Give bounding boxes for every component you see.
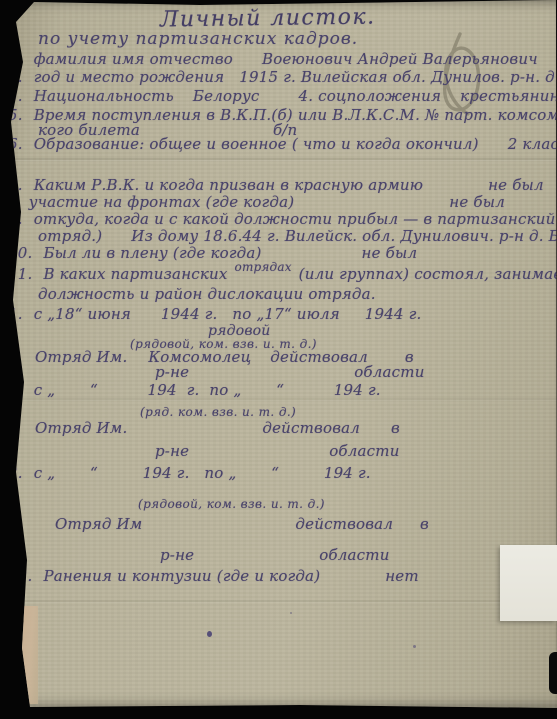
- field-value: 1915 г. Вилейская обл. Дунилов. р-н. д. …: [239, 68, 557, 86]
- field-label: фамилия имя отчество: [34, 50, 233, 68]
- field-row-surname: 1. фамилия имя отчество Воеюнович Андрей…: [8, 50, 538, 68]
- service-record-3-hint: (рядовой, ком. взв. и. т. д.): [138, 497, 325, 511]
- record-dates: с „ “ 194 г. по „ “ 194 г.: [34, 464, 371, 482]
- field-label-continued: должность и район дислокации отряда.: [38, 285, 376, 303]
- field-label-2: (или группах) состоял, занимаемая: [299, 265, 557, 283]
- field-row-units: 11. В каких партизанских отрядах (или гр…: [8, 265, 557, 283]
- field-row-fronts: 8 участие на фронтах (где когда) не был: [8, 193, 505, 211]
- field-row-nationality: 3. Национальность Белорус 4. соцположени…: [8, 87, 557, 105]
- inserted-word: отрядах: [235, 260, 292, 274]
- field-number: 7.: [8, 176, 23, 194]
- field-value: 2 класса: [508, 135, 557, 153]
- service-record-2-unit: Отряд Им. действовал в: [35, 419, 400, 437]
- district-label: р-не: [155, 442, 189, 460]
- field-number: 2.: [8, 68, 23, 86]
- field-value-social: крестьянин: [460, 87, 557, 105]
- service-record-2-hint: (ряд. ком. взв. и. т. д.): [140, 405, 296, 419]
- district-label: р-не: [155, 363, 189, 381]
- field-value: не был: [449, 193, 505, 211]
- fold-crease: [0, 600, 557, 602]
- acted-word: действовал: [295, 515, 393, 533]
- unit-label: Отряд Им.: [35, 348, 127, 366]
- field-value: не был: [488, 176, 544, 194]
- field-label: год и место рождения: [34, 68, 225, 86]
- ink-speck: [290, 612, 292, 614]
- field-number: 1.: [8, 50, 23, 68]
- field-number: 5.: [8, 106, 23, 124]
- field-row-captivity: 10. Был ли в плену (где когда) не был: [8, 244, 417, 262]
- field-number: 11.: [8, 265, 32, 283]
- field-row-rvk: 7. Каким Р.В.К. и когда призван в красну…: [8, 176, 544, 194]
- acted-word: действовал: [262, 419, 360, 437]
- record-number: 3.: [8, 464, 23, 482]
- scan-edge-shadow: [549, 652, 557, 694]
- service-record-1-dates: 1. с „18“ июня 1944 г. по „17“ июля 1944…: [8, 305, 421, 323]
- field-number: 8: [8, 193, 18, 211]
- district-label: р-не: [160, 546, 194, 564]
- field-value: Из дому 18.6.44 г. Вилейск. обл. Дунилов…: [131, 227, 557, 245]
- record-dates: с „ “ 194 г. по „ “ 194 г.: [34, 381, 381, 399]
- in-word: в: [420, 515, 429, 533]
- field-label: откуда, когда и с какой должности прибыл…: [34, 210, 556, 228]
- region-label: области: [354, 363, 424, 381]
- field-row-arrival-cont: отряд.) Из дому 18.6.44 г. Вилейск. обл.…: [38, 227, 557, 245]
- scanned-document: Личный листок. по учету партизанских кад…: [0, 0, 557, 719]
- page-subtitle: по учету партизанских кадров.: [38, 29, 358, 49]
- field-row-arrival: 9. откуда, когда и с какой должности при…: [8, 210, 555, 228]
- fold-crease: [0, 158, 557, 160]
- service-record-2-dates: 2. с „ “ 194 г. по „ “ 194 г.: [8, 381, 381, 399]
- unit-label: Отряд Им.: [35, 419, 127, 437]
- field-number: 6.: [8, 135, 23, 153]
- service-record-1-location: р-не области: [155, 363, 425, 381]
- record-number: 1.: [8, 305, 23, 323]
- field-value: нет: [385, 567, 419, 585]
- field-label-continued: отряд.): [38, 227, 102, 245]
- field-label: Национальность: [34, 87, 174, 105]
- field-value: Белорус: [193, 87, 260, 105]
- field-label: Образование: общее и военное ( что и ког…: [34, 135, 479, 153]
- white-paper-corner: [500, 545, 557, 621]
- ink-speck: [207, 631, 212, 637]
- unit-label: Отряд Им: [55, 515, 142, 533]
- field-label: участие на фронтах (где когда): [29, 193, 295, 211]
- field-row-units-cont: должность и район дислокации отряда.: [38, 285, 376, 303]
- paper-sheet: Личный листок. по учету партизанских кад…: [0, 0, 557, 708]
- field-number: 12.: [8, 567, 32, 585]
- field-value: Воеюнович Андрей Валерьянович: [262, 50, 538, 68]
- service-record-3-location: р-не области: [160, 546, 390, 564]
- service-record-2-location: р-не области: [155, 442, 400, 460]
- field-label: Ранения и контузии (где и когда): [43, 567, 320, 585]
- field-label: Каким Р.В.К. и когда призван в красную а…: [34, 176, 423, 194]
- region-label: области: [329, 442, 399, 460]
- field-label: В каких партизанских: [43, 265, 227, 283]
- field-label: Был ли в плену (где когда): [43, 244, 261, 262]
- field-row-wounds: 12. Ранения и контузии (где и когда) нет: [8, 567, 419, 585]
- in-word: в: [391, 419, 400, 437]
- field-row-education: 6. Образование: общее и военное ( что и …: [8, 135, 557, 153]
- tape-patch: [6, 606, 38, 704]
- record-dates: с „18“ июня 1944 г. по „17“ июля 1944 г.: [34, 305, 422, 323]
- field-label-social: 4. соцположения: [298, 87, 441, 105]
- region-label: области: [319, 546, 389, 564]
- record-number: 2.: [8, 381, 23, 399]
- field-number: 3.: [8, 87, 23, 105]
- field-row-birth: 2. год и место рождения 1915 г. Вилейска…: [8, 68, 557, 86]
- field-value: не был: [362, 244, 418, 262]
- service-record-3-dates: 3. с „ “ 194 г. по „ “ 194 г.: [8, 464, 371, 482]
- ink-speck: [413, 645, 416, 648]
- field-number: 10.: [8, 244, 32, 262]
- field-number: 9.: [8, 210, 23, 228]
- service-record-3-unit: Отряд Им действовал в: [55, 515, 429, 533]
